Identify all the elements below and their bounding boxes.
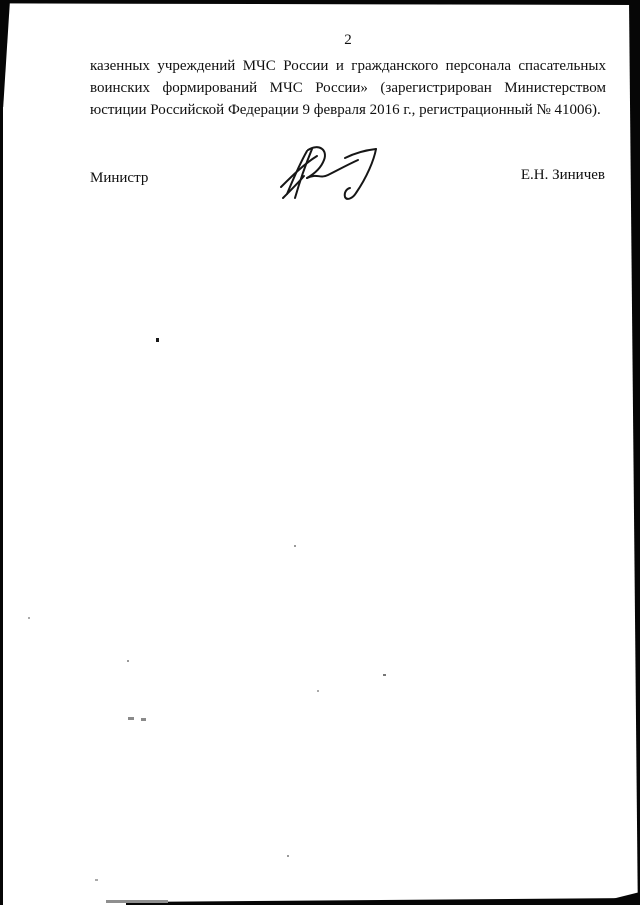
scan-edge-top — [0, 0, 640, 5]
scan-edge-bottom-gray — [106, 900, 168, 903]
scan-edge-bottom — [126, 898, 640, 905]
handwritten-signature-icon — [274, 142, 386, 206]
signer-role-label: Министр — [90, 168, 148, 188]
scan-edge-right — [629, 0, 640, 905]
scan-speck — [317, 690, 319, 692]
scan-speck — [294, 545, 296, 547]
paragraph-line: воинских формирований МЧС России» (зарег… — [90, 77, 606, 99]
signer-name: Е.Н. Зиничев — [521, 165, 605, 185]
scan-speck — [95, 879, 98, 881]
scan-speck — [156, 338, 159, 342]
scan-speck — [127, 660, 129, 662]
scan-edge-left — [0, 0, 3, 905]
paragraph-line: казенных учреждений МЧС России и граждан… — [90, 55, 606, 77]
scan-speck — [141, 718, 146, 721]
scan-speck — [287, 855, 289, 857]
scan-speck — [28, 617, 30, 619]
paragraph-line: юстиции Российской Федерации 9 февраля 2… — [90, 99, 606, 121]
scanned-document-page: 2 казенных учреждений МЧС России и гражд… — [0, 0, 640, 905]
body-paragraph: казенных учреждений МЧС России и граждан… — [90, 55, 606, 121]
scan-speck — [128, 717, 134, 720]
page-number: 2 — [90, 30, 606, 50]
scan-speck — [383, 674, 386, 676]
